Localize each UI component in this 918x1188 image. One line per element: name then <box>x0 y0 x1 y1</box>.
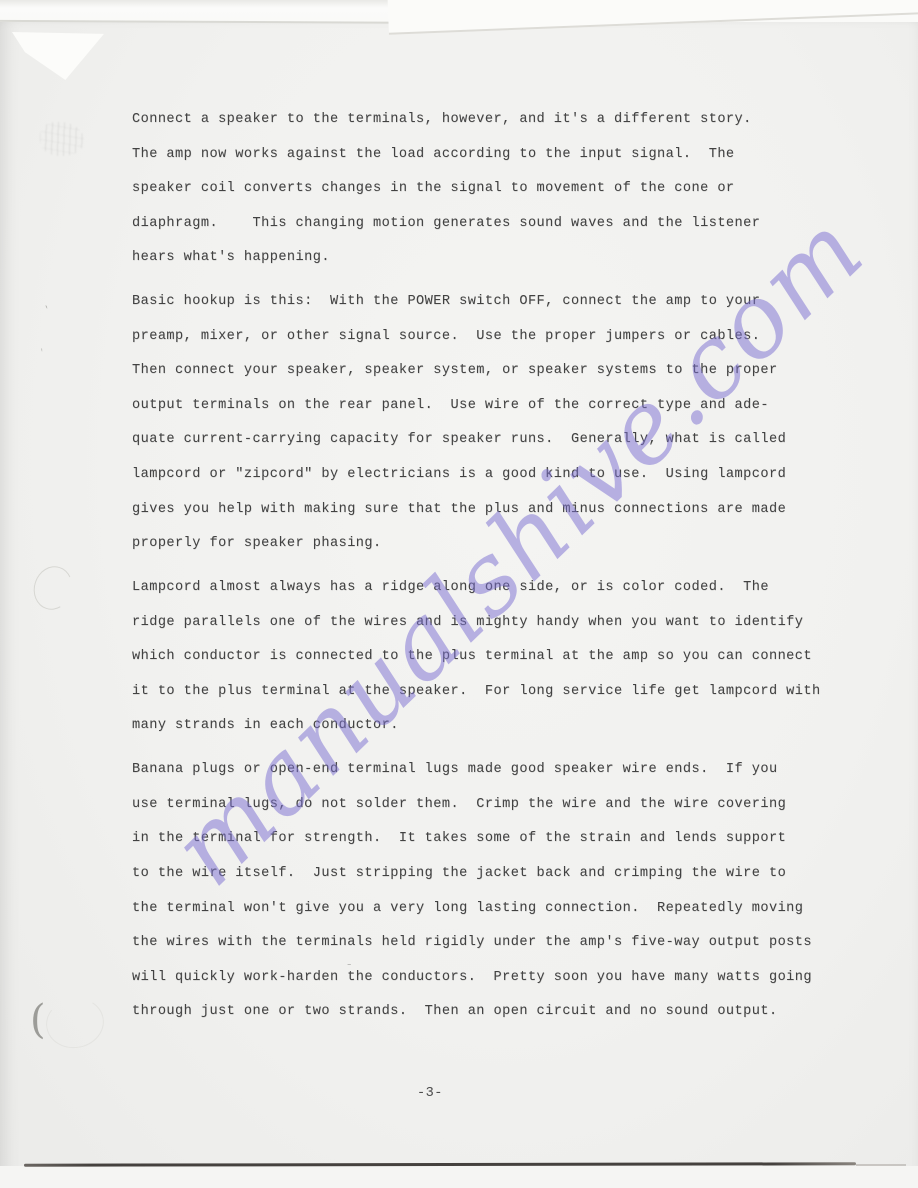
pencil-scribble-mark <box>40 122 84 156</box>
text-line: properly for speaker phasing. <box>132 527 852 562</box>
scan-bottom-band <box>0 1166 918 1188</box>
page-bottom-edge-faint <box>856 1164 906 1166</box>
text-line: the terminal won't give you a very long … <box>132 892 852 927</box>
paragraph: Lampcord almost always has a ridge along… <box>132 571 852 744</box>
text-block: Connect a speaker to the terminals, howe… <box>132 103 852 1039</box>
margin-paren-mark: ( <box>30 1000 46 1040</box>
scanned-page: ` ` ( - Connect a speaker to the termina… <box>0 0 918 1188</box>
page-number: -3- <box>417 1086 443 1101</box>
text-line: Then connect your speaker, speaker syste… <box>132 354 852 389</box>
paragraph: Basic hookup is this: With the POWER swi… <box>132 285 852 561</box>
text-line: through just one or two strands. Then an… <box>132 995 852 1030</box>
stray-dash-mark: - <box>347 958 353 971</box>
text-line: output terminals on the rear panel. Use … <box>132 389 852 424</box>
text-line: use terminal lugs, do not solder them. C… <box>132 788 852 823</box>
text-line: hears what's happening. <box>132 241 852 276</box>
text-line: many strands in each conductor. <box>132 709 852 744</box>
text-line: it to the plus terminal at the speaker. … <box>132 675 852 710</box>
text-line: diaphragm. This changing motion generate… <box>132 207 852 242</box>
text-line: the wires with the terminals held rigidl… <box>132 926 852 961</box>
text-line: in the terminal for strength. It takes s… <box>132 822 852 857</box>
paragraph: Connect a speaker to the terminals, howe… <box>132 103 852 276</box>
text-line: Basic hookup is this: With the POWER swi… <box>132 285 852 320</box>
text-line: quate current-carrying capacity for spea… <box>132 423 852 458</box>
text-line: which conductor is connected to the plus… <box>132 640 852 675</box>
paragraph: Banana plugs or open-end terminal lugs m… <box>132 753 852 1029</box>
text-line: gives you help with making sure that the… <box>132 493 852 528</box>
text-line: will quickly work-harden the conductors.… <box>132 961 852 996</box>
text-line: Lampcord almost always has a ridge along… <box>132 571 852 606</box>
text-line: preamp, mixer, or other signal source. U… <box>132 320 852 355</box>
text-line: to the wire itself. Just stripping the j… <box>132 857 852 892</box>
text-line: speaker coil converts changes in the sig… <box>132 172 852 207</box>
text-line: Connect a speaker to the terminals, howe… <box>132 103 852 138</box>
text-line: ridge parallels one of the wires and is … <box>132 606 852 641</box>
text-line: lampcord or "zipcord" by electricians is… <box>132 458 852 493</box>
text-line: Banana plugs or open-end terminal lugs m… <box>132 753 852 788</box>
text-line: The amp now works against the load accor… <box>132 138 852 173</box>
